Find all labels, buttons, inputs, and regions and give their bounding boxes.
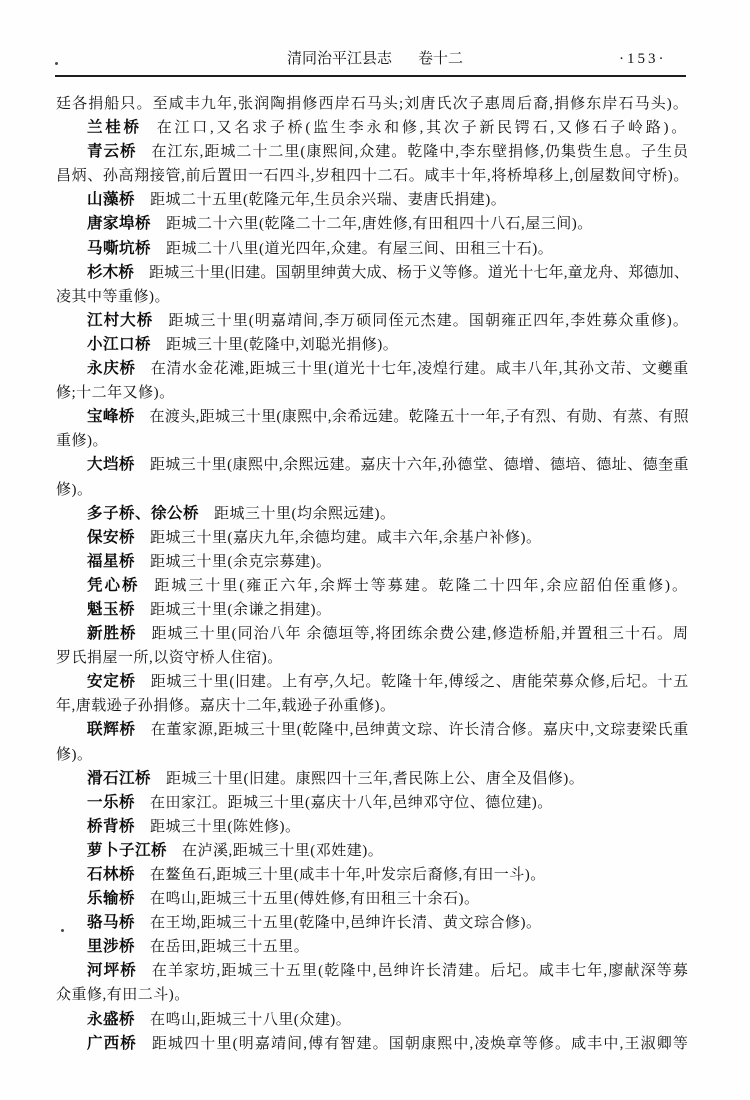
text-line: 安定桥距城三十里(旧建。上有亭,久圮。乾隆十年,傅绥之、唐能荣募众修,后圮。十五 bbox=[56, 670, 689, 694]
bridge-entry: 宝峰桥在渡头,距城三十里(康熙中,余希远建。乾隆五十一年,子有烈、有勋、有蒸、有… bbox=[56, 405, 689, 453]
line-content: 唐家埠桥距城二十六里(乾隆二十二年,唐姓修,有田租四十八石,屋三间)。 bbox=[87, 212, 593, 236]
line-content: 众重修,有田二斗)。 bbox=[56, 983, 190, 1007]
text-line: 昌炳、孙高翔接管,前后置田一石四斗,岁租四十二石。咸丰十年,将桥埠移上,创屋数间… bbox=[56, 164, 689, 188]
entry-text: 在渡头,距城三十里(康熙中,余希远建。乾隆五十一年,子有烈、有勋、有蒸、有照 bbox=[150, 409, 689, 425]
text-line: 联辉桥在董家源,距城三十里(乾隆中,邑绅黄文琮、许长清合修。嘉庆中,文琮妻梁氏重 bbox=[56, 718, 689, 742]
line-content: 修)。 bbox=[56, 743, 93, 767]
bridge-name: 保安桥 bbox=[87, 529, 135, 546]
text-line: 马嘶坑桥距城二十八里(道光四年,众建。有屋三间、田租三十石)。 bbox=[56, 237, 689, 261]
text-line: 唐家埠桥距城二十六里(乾隆二十二年,唐姓修,有田租四十八石,屋三间)。 bbox=[56, 212, 689, 236]
bridge-name: 一乐桥 bbox=[87, 794, 135, 811]
entry-text: 廷各捐船只。至咸丰九年,张润陶捐修西岸石马头;刘唐氏次子惠周后裔,捐修东岸石马头… bbox=[56, 96, 689, 112]
line-content: 重修)。 bbox=[56, 429, 108, 453]
bridge-entry: 永庆桥在清水金花滩,距城三十里(道光十七年,凌煌行建。咸丰八年,其孙文芾、文夔重… bbox=[56, 357, 689, 405]
bridge-name: 滑石江桥 bbox=[87, 770, 151, 787]
bridge-name: 里涉桥 bbox=[87, 938, 135, 955]
book-title: 清同治平江县志 bbox=[287, 49, 392, 69]
bridge-entry: 山藻桥距城二十五里(乾隆元年,生员余兴瑞、妻唐氏捐建)。 bbox=[56, 188, 689, 212]
page-body: 廷各捐船只。至咸丰九年,张润陶捐修西岸石马头;刘唐氏次子惠周后裔,捐修东岸石马头… bbox=[56, 92, 689, 1056]
bridge-name: 杉木桥 bbox=[87, 264, 134, 281]
entry-text: 在鸣山,距城三十八里(众建)。 bbox=[150, 1012, 351, 1028]
text-line: 小江口桥距城三十里(乾隆中,刘聪光捐修)。 bbox=[56, 333, 689, 357]
entry-text: 年,唐载逊子孙捐修。嘉庆十二年,载逊子孙重修)。 bbox=[56, 698, 396, 714]
line-content: 宝峰桥在渡头,距城三十里(康熙中,余希远建。乾隆五十一年,子有烈、有勋、有蒸、有… bbox=[87, 405, 689, 429]
text-line: 新胜桥距城三十里(同治八年 余德垣等,将团练余费公建,修造桥船,并置租三十石。周 bbox=[56, 622, 689, 646]
text-line: 多子桥、徐公桥距城三十里(均余熙远建)。 bbox=[56, 502, 689, 526]
bridge-entry: 大垱桥距城三十里(康熙中,余熙远建。嘉庆十六年,孙德堂、德增、德培、德址、德奎重… bbox=[56, 453, 689, 501]
line-content: 山藻桥距城二十五里(乾隆元年,生员余兴瑞、妻唐氏捐建)。 bbox=[87, 188, 506, 212]
line-content: 兰桂桥在江口,又名求子桥(监生李永和修,其次子新民锷石,又修石子岭路)。 bbox=[87, 116, 689, 140]
bridge-entry: 骆马桥在王坳,距城三十五里(乾隆中,邑绅许长清、黄文琮合修)。 bbox=[56, 911, 689, 935]
text-line: 罗氏捐屋一所,以资守桥人住宿)。 bbox=[56, 646, 689, 670]
entry-text: 昌炳、孙高翔接管,前后置田一石四斗,岁租四十二石。咸丰十年,将桥埠移上,创屋数间… bbox=[56, 168, 689, 184]
bridge-entry: 滑石江桥距城三十里(旧建。康熙四十三年,耆民陈上公、唐全及倡修)。 bbox=[56, 767, 689, 791]
book-page: 清同治平江县志 卷十二 ·153· 廷各捐船只。至咸丰九年,张润陶捐修西岸石马头… bbox=[0, 0, 750, 1100]
bridge-name: 福星桥 bbox=[87, 553, 135, 570]
bridge-name: 桥背桥 bbox=[87, 818, 135, 835]
header-rule bbox=[55, 75, 686, 77]
bridge-entry: 石林桥在鳌鱼石,距城三十里(咸丰十年,叶发宗后裔修,有田一斗)。 bbox=[56, 863, 689, 887]
running-header: 清同治平江县志 卷十二 bbox=[287, 49, 463, 69]
entry-text: 距城三十里(余克宗募建)。 bbox=[150, 554, 332, 570]
bridge-name: 永盛桥 bbox=[87, 1011, 135, 1028]
bridge-entry: 福星桥距城三十里(余克宗募建)。 bbox=[56, 550, 689, 574]
text-line: 兰桂桥在江口,又名求子桥(监生李永和修,其次子新民锷石,又修石子岭路)。 bbox=[56, 116, 689, 140]
bridge-entry: 多子桥、徐公桥距城三十里(均余熙远建)。 bbox=[56, 502, 689, 526]
text-line: 修)。 bbox=[56, 743, 689, 767]
line-content: 马嘶坑桥距城二十八里(道光四年,众建。有屋三间、田租三十石)。 bbox=[87, 237, 553, 261]
bridge-entry: 萝卜子江桥在泸溪,距城三十里(邓姓建)。 bbox=[56, 839, 689, 863]
entry-text: 在江口,又名求子桥(监生李永和修,其次子新民锷石,又修石子岭路)。 bbox=[157, 120, 689, 136]
line-content: 廷各捐船只。至咸丰九年,张润陶捐修西岸石马头;刘唐氏次子惠周后裔,捐修东岸石马头… bbox=[56, 92, 689, 116]
bridge-entry: 里涉桥在岳田,距城三十五里。 bbox=[56, 935, 689, 959]
text-line: 年,唐载逊子孙捐修。嘉庆十二年,载逊子孙重修)。 bbox=[56, 694, 689, 718]
entry-text: 在鸣山,距城三十五里(傅姓修,有田租三十余石)。 bbox=[150, 891, 480, 907]
bridge-name: 大垱桥 bbox=[87, 456, 135, 473]
line-content: 福星桥距城三十里(余克宗募建)。 bbox=[87, 550, 332, 574]
bridge-name: 青云桥 bbox=[87, 143, 137, 160]
line-content: 江村大桥距城三十里(明嘉靖间,李万硕同侄元杰建。国朝雍正四年,李姓募众重修)。 bbox=[87, 309, 689, 333]
entry-text: 距城三十里(旧建。国朝里绅黄大成、杨于义等修。道光十七年,童龙舟、郑德加、 bbox=[149, 265, 689, 281]
bridge-name: 马嘶坑桥 bbox=[87, 240, 151, 257]
line-content: 青云桥在江东,距城二十二里(康熙间,众建。乾隆中,李东壁捐修,仍集赀生息。子生员 bbox=[87, 140, 689, 164]
text-line: 大垱桥距城三十里(康熙中,余熙远建。嘉庆十六年,孙德堂、德增、德培、德址、德奎重 bbox=[56, 453, 689, 477]
bridge-entry: 广西桥距城四十里(明嘉靖间,傅有智建。国朝康熙中,凌焕章等修。咸丰中,王淑卿等 bbox=[56, 1032, 689, 1056]
entry-text: 距城三十里(明嘉靖间,李万硕同侄元杰建。国朝雍正四年,李姓募众重修)。 bbox=[168, 313, 689, 329]
bridge-entry: 小江口桥距城三十里(乾隆中,刘聪光捐修)。 bbox=[56, 333, 689, 357]
entry-text: 距城三十里(康熙中,余熙远建。嘉庆十六年,孙德堂、德增、德培、德址、德奎重 bbox=[150, 457, 689, 473]
entry-text: 修;十二年又修)。 bbox=[56, 385, 175, 401]
bridge-entry: 河坪桥在羊家坊,距城三十五里(乾隆中,邑绅许长清建。后圮。咸丰七年,廖献深等募众… bbox=[56, 959, 689, 1007]
text-line: 杉木桥距城三十里(旧建。国朝里绅黄大成、杨于义等修。道光十七年,童龙舟、郑德加、 bbox=[56, 261, 689, 285]
bridge-name: 永庆桥 bbox=[87, 360, 136, 377]
bridge-entry: 永盛桥在鸣山,距城三十八里(众建)。 bbox=[56, 1008, 689, 1032]
line-content: 里涉桥在岳田,距城三十五里。 bbox=[87, 935, 309, 959]
text-line: 永盛桥在鸣山,距城三十八里(众建)。 bbox=[56, 1008, 689, 1032]
bridge-name: 凭心桥 bbox=[87, 577, 139, 594]
bridge-name: 魁玉桥 bbox=[87, 601, 135, 618]
bridge-name: 兰桂桥 bbox=[87, 119, 142, 136]
entry-text: 距城三十里(嘉庆九年,余德均建。咸丰六年,余基户补修)。 bbox=[150, 530, 542, 546]
text-line: 廷各捐船只。至咸丰九年,张润陶捐修西岸石马头;刘唐氏次子惠周后裔,捐修东岸石马头… bbox=[56, 92, 689, 116]
bridge-name: 骆马桥 bbox=[87, 914, 135, 931]
line-content: 修;十二年又修)。 bbox=[56, 381, 175, 405]
bridge-name: 广西桥 bbox=[87, 1035, 137, 1052]
entry-text: 在岳田,距城三十五里。 bbox=[150, 939, 309, 955]
bridge-entry: 安定桥距城三十里(旧建。上有亭,久圮。乾隆十年,傅绥之、唐能荣募众修,后圮。十五… bbox=[56, 670, 689, 718]
bridge-entry: 凭心桥距城三十里(雍正六年,余辉士等募建。乾隆二十四年,余应韶伯侄重修)。 bbox=[56, 574, 689, 598]
line-content: 昌炳、孙高翔接管,前后置田一石四斗,岁租四十二石。咸丰十年,将桥埠移上,创屋数间… bbox=[56, 164, 689, 188]
bridge-name: 安定桥 bbox=[87, 673, 136, 690]
entry-text: 重修)。 bbox=[56, 433, 108, 449]
line-content: 凭心桥距城三十里(雍正六年,余辉士等募建。乾隆二十四年,余应韶伯侄重修)。 bbox=[87, 574, 689, 598]
line-content: 年,唐载逊子孙捐修。嘉庆十二年,载逊子孙重修)。 bbox=[56, 694, 396, 718]
text-line: 山藻桥距城二十五里(乾隆元年,生员余兴瑞、妻唐氏捐建)。 bbox=[56, 188, 689, 212]
bridge-name: 乐输桥 bbox=[87, 890, 135, 907]
text-line: 滑石江桥距城三十里(旧建。康熙四十三年,耆民陈上公、唐全及倡修)。 bbox=[56, 767, 689, 791]
bridge-entry: 青云桥在江东,距城二十二里(康熙间,众建。乾隆中,李东壁捐修,仍集赀生息。子生员… bbox=[56, 140, 689, 188]
bridge-name: 河坪桥 bbox=[87, 962, 137, 979]
bridge-entry: 唐家埠桥距城二十六里(乾隆二十二年,唐姓修,有田租四十八石,屋三间)。 bbox=[56, 212, 689, 236]
line-content: 石林桥在鳌鱼石,距城三十里(咸丰十年,叶发宗后裔修,有田一斗)。 bbox=[87, 863, 546, 887]
bridge-entry: 江村大桥距城三十里(明嘉靖间,李万硕同侄元杰建。国朝雍正四年,李姓募众重修)。 bbox=[56, 309, 689, 333]
text-line: 一乐桥在田家江。距城三十里(嘉庆十八年,邑绅邓守位、德位建)。 bbox=[56, 791, 689, 815]
entry-text: 在泸溪,距城三十里(邓姓建)。 bbox=[182, 843, 383, 859]
line-content: 桥背桥距城三十里(陈姓修)。 bbox=[87, 815, 301, 839]
line-content: 河坪桥在羊家坊,距城三十五里(乾隆中,邑绅许长清建。后圮。咸丰七年,廖献深等募 bbox=[87, 959, 689, 983]
line-content: 新胜桥距城三十里(同治八年 余德垣等,将团练余费公建,修造桥船,并置租三十石。周 bbox=[87, 622, 689, 646]
text-line: 魁玉桥距城三十里(余谦之捐建)。 bbox=[56, 598, 689, 622]
entry-text: 距城三十里(旧建。上有亭,久圮。乾隆十年,傅绥之、唐能荣募众修,后圮。十五 bbox=[151, 674, 689, 690]
entry-text: 修)。 bbox=[56, 747, 93, 763]
text-line: 石林桥在鳌鱼石,距城三十里(咸丰十年,叶发宗后裔修,有田一斗)。 bbox=[56, 863, 689, 887]
bridge-entry: 新胜桥距城三十里(同治八年 余德垣等,将团练余费公建,修造桥船,并置租三十石。周… bbox=[56, 622, 689, 670]
scan-speck bbox=[55, 62, 58, 65]
bridge-name: 山藻桥 bbox=[87, 191, 135, 208]
line-content: 罗氏捐屋一所,以资守桥人住宿)。 bbox=[56, 646, 283, 670]
entry-text: 在鳌鱼石,距城三十里(咸丰十年,叶发宗后裔修,有田一斗)。 bbox=[150, 867, 546, 883]
line-content: 保安桥距城三十里(嘉庆九年,余德均建。咸丰六年,余基户补修)。 bbox=[87, 526, 542, 550]
text-line: 江村大桥距城三十里(明嘉靖间,李万硕同侄元杰建。国朝雍正四年,李姓募众重修)。 bbox=[56, 309, 689, 333]
entry-text: 距城二十五里(乾隆元年,生员余兴瑞、妻唐氏捐建)。 bbox=[150, 192, 506, 208]
continuation-paragraph: 廷各捐船只。至咸丰九年,张润陶捐修西岸石马头;刘唐氏次子惠周后裔,捐修东岸石马头… bbox=[56, 92, 689, 116]
entry-text: 距城三十里(均余熙远建)。 bbox=[214, 506, 396, 522]
volume-label: 卷十二 bbox=[418, 49, 463, 69]
entry-text: 距城三十里(旧建。康熙四十三年,耆民陈上公、唐全及倡修)。 bbox=[166, 771, 584, 787]
entry-text: 在清水金花滩,距城三十里(道光十七年,凌煌行建。咸丰八年,其孙文芾、文夔重 bbox=[151, 361, 689, 377]
bridge-entry: 桥背桥距城三十里(陈姓修)。 bbox=[56, 815, 689, 839]
bridge-entry: 保安桥距城三十里(嘉庆九年,余德均建。咸丰六年,余基户补修)。 bbox=[56, 526, 689, 550]
entry-text: 距城三十里(余谦之捐建)。 bbox=[150, 602, 332, 618]
line-content: 凌其中等重修)。 bbox=[56, 285, 170, 309]
bridge-name: 小江口桥 bbox=[87, 336, 151, 353]
line-content: 大垱桥距城三十里(康熙中,余熙远建。嘉庆十六年,孙德堂、德增、德培、德址、德奎重 bbox=[87, 453, 689, 477]
bridge-entry: 一乐桥在田家江。距城三十里(嘉庆十八年,邑绅邓守位、德位建)。 bbox=[56, 791, 689, 815]
text-line: 众重修,有田二斗)。 bbox=[56, 983, 689, 1007]
line-content: 联辉桥在董家源,距城三十里(乾隆中,邑绅黄文琮、许长清合修。嘉庆中,文琮妻梁氏重 bbox=[87, 718, 689, 742]
entry-text: 在江东,距城二十二里(康熙间,众建。乾隆中,李东壁捐修,仍集赀生息。子生员 bbox=[152, 144, 689, 160]
line-content: 萝卜子江桥在泸溪,距城三十里(邓姓建)。 bbox=[87, 839, 383, 863]
text-line: 修;十二年又修)。 bbox=[56, 381, 689, 405]
line-content: 永盛桥在鸣山,距城三十八里(众建)。 bbox=[87, 1008, 351, 1032]
line-content: 多子桥、徐公桥距城三十里(均余熙远建)。 bbox=[87, 502, 396, 526]
text-line: 乐输桥在鸣山,距城三十五里(傅姓修,有田租三十余石)。 bbox=[56, 887, 689, 911]
bridge-name: 唐家埠桥 bbox=[87, 215, 151, 232]
text-line: 广西桥距城四十里(明嘉靖间,傅有智建。国朝康熙中,凌焕章等修。咸丰中,王淑卿等 bbox=[56, 1032, 689, 1056]
line-content: 杉木桥距城三十里(旧建。国朝里绅黄大成、杨于义等修。道光十七年,童龙舟、郑德加、 bbox=[87, 261, 689, 285]
text-line: 凭心桥距城三十里(雍正六年,余辉士等募建。乾隆二十四年,余应韶伯侄重修)。 bbox=[56, 574, 689, 598]
entry-text: 距城三十里(乾隆中,刘聪光捐修)。 bbox=[166, 337, 398, 353]
line-content: 广西桥距城四十里(明嘉靖间,傅有智建。国朝康熙中,凌焕章等修。咸丰中,王淑卿等 bbox=[87, 1032, 689, 1056]
text-line: 永庆桥在清水金花滩,距城三十里(道光十七年,凌煌行建。咸丰八年,其孙文芾、文夔重 bbox=[56, 357, 689, 381]
entry-text: 距城四十里(明嘉靖间,傅有智建。国朝康熙中,凌焕章等修。咸丰中,王淑卿等 bbox=[152, 1036, 689, 1052]
entry-text: 距城三十里(雍正六年,余辉士等募建。乾隆二十四年,余应韶伯侄重修)。 bbox=[154, 578, 689, 594]
entry-text: 距城二十六里(乾隆二十二年,唐姓修,有田租四十八石,屋三间)。 bbox=[166, 216, 593, 232]
line-content: 乐输桥在鸣山,距城三十五里(傅姓修,有田租三十余石)。 bbox=[87, 887, 480, 911]
bridge-entry: 乐输桥在鸣山,距城三十五里(傅姓修,有田租三十余石)。 bbox=[56, 887, 689, 911]
bridge-name: 萝卜子江桥 bbox=[87, 842, 167, 859]
entry-text: 凌其中等重修)。 bbox=[56, 289, 170, 305]
text-line: 修)。 bbox=[56, 478, 689, 502]
bridge-name: 江村大桥 bbox=[87, 312, 153, 329]
text-line: 河坪桥在羊家坊,距城三十五里(乾隆中,邑绅许长清建。后圮。咸丰七年,廖献深等募 bbox=[56, 959, 689, 983]
text-line: 里涉桥在岳田,距城三十五里。 bbox=[56, 935, 689, 959]
text-line: 宝峰桥在渡头,距城三十里(康熙中,余希远建。乾隆五十一年,子有烈、有勋、有蒸、有… bbox=[56, 405, 689, 429]
bridge-entry: 兰桂桥在江口,又名求子桥(监生李永和修,其次子新民锷石,又修石子岭路)。 bbox=[56, 116, 689, 140]
bridge-name: 多子桥、徐公桥 bbox=[87, 505, 199, 522]
bridge-entry: 杉木桥距城三十里(旧建。国朝里绅黄大成、杨于义等修。道光十七年,童龙舟、郑德加、… bbox=[56, 261, 689, 309]
bridge-name: 联辉桥 bbox=[87, 721, 136, 738]
entry-text: 在羊家坊,距城三十五里(乾隆中,邑绅许长清建。后圮。咸丰七年,廖献深等募 bbox=[152, 963, 689, 979]
bridge-entry: 魁玉桥距城三十里(余谦之捐建)。 bbox=[56, 598, 689, 622]
entry-text: 在王坳,距城三十五里(乾隆中,邑绅许长清、黄文琮合修)。 bbox=[150, 915, 542, 931]
bridge-name: 宝峰桥 bbox=[87, 408, 135, 425]
bridge-entry: 马嘶坑桥距城二十八里(道光四年,众建。有屋三间、田租三十石)。 bbox=[56, 237, 689, 261]
line-content: 小江口桥距城三十里(乾隆中,刘聪光捐修)。 bbox=[87, 333, 398, 357]
entry-text: 距城三十里(陈姓修)。 bbox=[150, 819, 301, 835]
text-line: 桥背桥距城三十里(陈姓修)。 bbox=[56, 815, 689, 839]
text-line: 保安桥距城三十里(嘉庆九年,余德均建。咸丰六年,余基户补修)。 bbox=[56, 526, 689, 550]
text-line: 福星桥距城三十里(余克宗募建)。 bbox=[56, 550, 689, 574]
entry-text: 修)。 bbox=[56, 482, 93, 498]
line-content: 修)。 bbox=[56, 478, 93, 502]
text-line: 凌其中等重修)。 bbox=[56, 285, 689, 309]
line-content: 骆马桥在王坳,距城三十五里(乾隆中,邑绅许长清、黄文琮合修)。 bbox=[87, 911, 542, 935]
line-content: 永庆桥在清水金花滩,距城三十里(道光十七年,凌煌行建。咸丰八年,其孙文芾、文夔重 bbox=[87, 357, 689, 381]
text-line: 骆马桥在王坳,距城三十五里(乾隆中,邑绅许长清、黄文琮合修)。 bbox=[56, 911, 689, 935]
line-content: 安定桥距城三十里(旧建。上有亭,久圮。乾隆十年,傅绥之、唐能荣募众修,后圮。十五 bbox=[87, 670, 689, 694]
line-content: 滑石江桥距城三十里(旧建。康熙四十三年,耆民陈上公、唐全及倡修)。 bbox=[87, 767, 584, 791]
line-content: 魁玉桥距城三十里(余谦之捐建)。 bbox=[87, 598, 332, 622]
bridge-name: 新胜桥 bbox=[87, 625, 137, 642]
entry-text: 在田家江。距城三十里(嘉庆十八年,邑绅邓守位、德位建)。 bbox=[150, 795, 553, 811]
text-line: 重修)。 bbox=[56, 429, 689, 453]
line-content: 一乐桥在田家江。距城三十里(嘉庆十八年,邑绅邓守位、德位建)。 bbox=[87, 791, 553, 815]
entry-text: 罗氏捐屋一所,以资守桥人住宿)。 bbox=[56, 650, 283, 666]
entry-text: 众重修,有田二斗)。 bbox=[56, 987, 190, 1003]
entry-text: 在董家源,距城三十里(乾隆中,邑绅黄文琮、许长清合修。嘉庆中,文琮妻梁氏重 bbox=[151, 722, 689, 738]
text-line: 萝卜子江桥在泸溪,距城三十里(邓姓建)。 bbox=[56, 839, 689, 863]
bridge-entry: 联辉桥在董家源,距城三十里(乾隆中,邑绅黄文琮、许长清合修。嘉庆中,文琮妻梁氏重… bbox=[56, 718, 689, 766]
entry-text: 距城二十八里(道光四年,众建。有屋三间、田租三十石)。 bbox=[166, 241, 553, 257]
entry-text: 距城三十里(同治八年 余德垣等,将团练余费公建,修造桥船,并置租三十石。周 bbox=[152, 626, 689, 642]
text-line: 青云桥在江东,距城二十二里(康熙间,众建。乾隆中,李东壁捐修,仍集赀生息。子生员 bbox=[56, 140, 689, 164]
bridge-name: 石林桥 bbox=[87, 866, 135, 883]
page-number: ·153· bbox=[619, 49, 667, 69]
